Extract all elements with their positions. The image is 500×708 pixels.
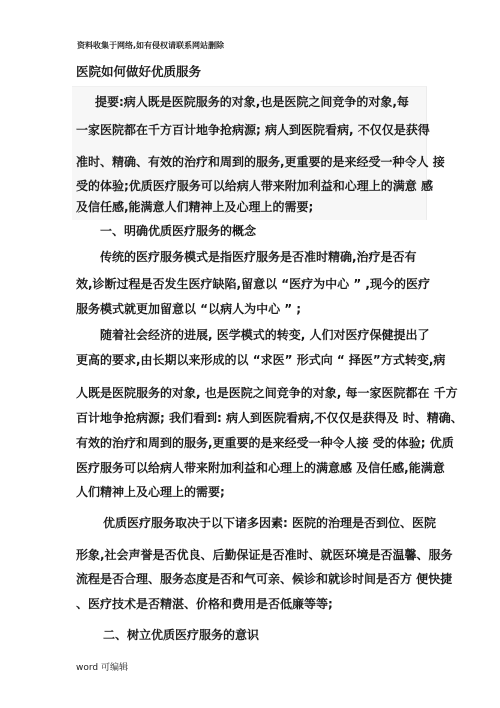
summary-line: 受的体验;优质医疗服务可以给病人带来附加利益和心理上的满意 感 xyxy=(76,179,433,193)
header-note: 资料收集于网络,如有侵权请联系网站删除 xyxy=(77,41,224,51)
footer-note: word 可编辑 xyxy=(76,663,128,674)
summary-line: 准时、精确、有效的治疗和周到的服务,更重要的是来经受一种令人 接 xyxy=(76,155,445,169)
paragraph-line: 更高的要求,由长期以来形成的以 “求医” 形式向 “ 择医”方式转变,病 xyxy=(76,353,445,367)
paragraph-line: 人既是医院服务的对象, 也是医院之间竞争的对象, 每一家医院都在 千方 xyxy=(76,386,458,400)
paragraph-line: 百计地争抢病源; 我们看到: 病人到医院看病,不仅仅是获得及 时、精确、 xyxy=(76,411,463,425)
paragraph-line: 有效的治疗和周到的服务,更重要的是来经受一种令人接 受的体验; 优质 xyxy=(76,436,454,450)
paragraph-line: 人们精神上及心理上的需要; xyxy=(76,485,225,499)
paragraph-line: 形象,社会声誉是否优良、后勤保证是否准时、就医环境是否温馨、服务 xyxy=(76,548,453,562)
document-title: 医院如何做好优质服务 xyxy=(76,65,201,79)
paragraph-line: 、医疗技术是否精湛、价格和费用是否低廉等等; xyxy=(76,597,333,611)
paragraph-line: 流程是否合理、服务态度是否和气可亲、候诊和就诊时间是否方 便快捷 xyxy=(76,572,452,586)
summary-line: 及信任感,能满意人们精神上及心理上的需要; xyxy=(76,200,313,214)
paragraph-line: 传统的医疗服务模式是指医疗服务是否准时精确,治疗是否有 xyxy=(100,250,417,264)
section-heading-1: 一、明确优质医疗服务的概念 xyxy=(100,224,256,238)
summary-line: 提要:病人既是医院服务的对象,也是医院之间竞争的对象,每 xyxy=(95,95,409,109)
paragraph-line: 随着社会经济的进展, 医学模式的转变, 人们对医疗保健提出了 xyxy=(100,328,429,342)
paragraph-line: 医疗服务可以给病人带来附加利益和心理上的满意感 及信任感,能满意 xyxy=(76,461,445,475)
section-heading-2: 二、树立优质医疗服务的意识 xyxy=(103,628,259,642)
paragraph-line: 效,诊断过程是否发生医疗缺陷,留意以 “医疗为中心 ” ,现今的医疗 xyxy=(76,277,430,291)
paragraph-line: 服务模式就更加留意以 “以病人为中心 ” ; xyxy=(76,302,301,316)
paragraph-line: 优质医疗服务取决于以下诸多因素: 医院的治理是否到位、医院 xyxy=(103,516,436,530)
summary-line: 一家医院都在千方百计地争抢病源; 病人到医院看病, 不仅仅是获得 xyxy=(76,123,430,137)
